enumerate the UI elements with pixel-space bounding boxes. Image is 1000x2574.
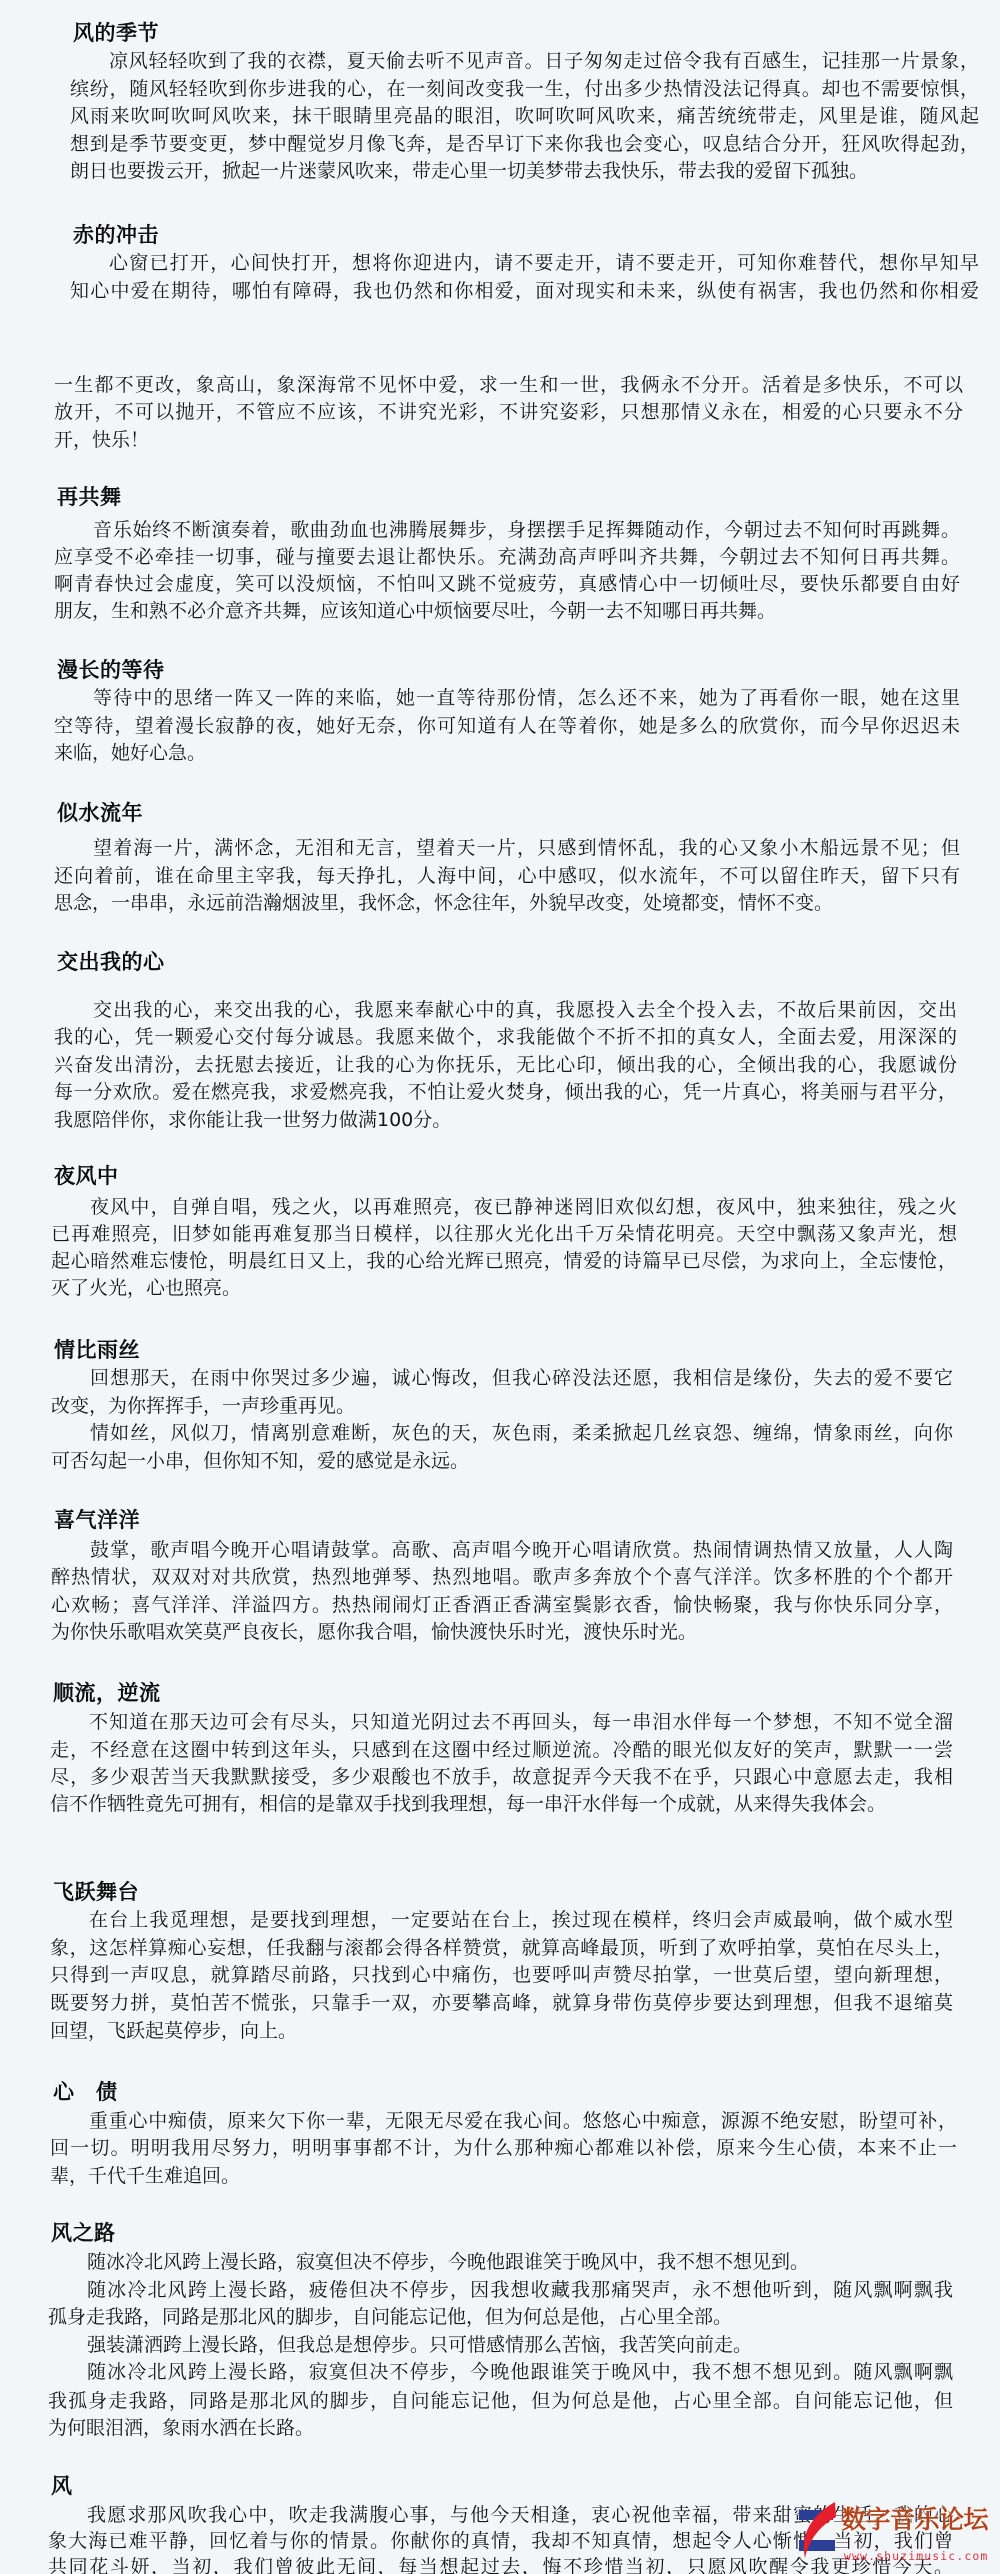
lyric-line: 来临，她好心急。 [54,739,960,767]
z-swoosh-logo-icon [795,2500,839,2560]
lyric-line: 回想那天，在雨中你哭过多少遍，诚心悔改，但我心碎没法还愿，我相信是缘份，失去的爱… [51,1364,953,1392]
lyric-line: 可否勾起一小串，但你知不知，爱的感觉是永远。 [51,1447,953,1475]
lyric-line: 改变，为你挥挥手，一声珍重再见。 [51,1392,953,1420]
lyric-line: 走，不经意在这圈中转到这年头，只感到在这圈中经过顺逆流。冷酷的眼光似友好的笑声，… [50,1736,953,1764]
lyric-line: 辈，千代千生难追回。 [50,2162,957,2190]
watermark: 数字音乐论坛 www.shuzimusic.com [795,2498,1000,2570]
lyric-line: 思念，一串串，永远前浩瀚烟波里，我怀念，怀念往年，外貌早改变，处境都变，情怀不变… [54,889,960,917]
song-title: 顺流，逆流 [53,1680,161,1706]
lyric-line: 交出我的心，来交出我的心，我愿来奉献心中的真，我愿投入去全个投入去，不故后果前因… [54,996,957,1024]
lyric-line: 一生都不更改，象高山，象深海常不见怀中爱，求一生和一世，我俩永不分开。活着是多快… [54,371,963,399]
lyric-line: 朋友，生和熟不必介意齐共舞，应该知道心中烦恼要尽吐，今朝一去不知哪日再共舞。 [54,597,960,625]
lyric-line: 醉热情状，双双对对共欣赏，热烈地弹琴、热烈地唱。歌声多奔放个个喜气洋洋。饮多杯胜… [51,1563,953,1591]
lyric-line: 知心中爱在期待，哪怕有障碍，我也仍然和你相爱，面对现实和未来，纵使有祸害，我也仍… [70,277,979,305]
lyric-line: 强装潇洒跨上漫长路，但我总是想停步。只可惜感情那么苦恼，我苦笑向前走。 [48,2331,953,2359]
lyric-line: 重重心中痴债，原来欠下你一辈，无限无尽爱在我心间。悠悠心中痴意，源源不绝安慰，盼… [50,2107,957,2135]
lyric-line: 随冰冷北风跨上漫长路，寂寞但决不停步，今晚他跟谁笑于晚风中，我不想不想见到。 [48,2248,953,2276]
song-title: 风之路 [51,2220,116,2246]
lyric-line: 鼓掌，歌声唱今晚开心唱请鼓掌。高歌、高声唱今晚开心唱请欣赏。热闹情调热情又放量，… [51,1536,953,1564]
lyric-line: 缤纷，随风轻轻吹到你步进我的心，在一刻间改变我一生，付出多少热情没法记得真。却也… [70,75,979,103]
song-title: 飞跃舞台 [53,1879,139,1905]
lyric-line: 应享受不必牵挂一切事，碰与撞要去退让都快乐。充满劲高声呼叫齐共舞，今朝过去不知何… [54,543,960,571]
lyric-line: 还向着前，谁在命里主宰我，每天挣扎，人海中间，心中感叹，似水流年，不可以留住昨天… [54,862,960,890]
song-title: 再共舞 [57,484,122,510]
lyric-line: 想到是季节要变更，梦中醒觉岁月像飞奔，是否早订下来你我也会变心，叹息结合分开，狂… [70,130,979,158]
lyric-line: 为你快乐歌唱欢笑莫严良夜长，愿你我合唱，愉快渡快乐时光，渡快乐时光。 [51,1618,953,1646]
lyric-line: 心窗已打开，心间快打开，想将你迎进内，请不要走开，请不要走开，可知你难替代，想你… [70,249,979,277]
song-title: 情比雨丝 [54,1337,140,1363]
lyric-line: 心欢畅；喜气洋洋、洋溢四方。热热闹闹灯正香酒正香满室鬓影衣香，愉快畅聚，我与你快… [51,1591,953,1619]
lyric-line: 尽，多少艰苦当天我默默接受，多少艰酸也不放手，故意捉弄今天我不在乎，只跟心中意愿… [50,1763,953,1791]
song-title: 赤的冲击 [73,222,159,248]
lyric-line: 我的心，凭一颗爱心交付每分诚恳。我愿来做个，求我能做个不折不扣的真女人，全面去爱… [54,1023,957,1051]
lyric-line: 孤身走我路，同路是那北风的脚步，自问能忘记他，但为何总是他，占心里全部。 [48,2303,953,2331]
song-title: 漫长的等待 [57,657,165,683]
lyric-line: 我愿陪伴你，求你能让我一世努力做满100分。 [54,1106,957,1134]
lyric-line: 灭了火光，心也照亮。 [51,1274,957,1302]
lyric-line: 为何眼泪洒，象雨水洒在长路。 [48,2414,953,2442]
lyric-line: 朗日也要拨云开，掀起一片迷蒙风吹来，带走心里一切美梦带去我快乐，带去我的爱留下孤… [70,157,979,185]
lyrics-page: 风的季节 凉风轻轻吹到了我的衣襟，夏天偷去听不见声音。日子匆匆走过倍令我有百感生… [0,0,1000,2574]
lyric-line: 望着海一片，满怀念，无泪和无言，望着天一片，只感到情怀乱，我的心又象小木船远景不… [54,834,960,862]
song-title: 风的季节 [73,20,159,46]
lyric-line: 开，快乐！ [54,426,963,454]
lyric-line: 随冰冷北风跨上漫长路，疲倦但决不停步，因我想收藏我那痛哭声，永不想他听到，随风飘… [48,2276,953,2304]
lyric-line: 空等待，望着漫长寂静的夜，她好无奈，你可知道有人在等着你，她是多么的欣赏你，而今… [54,712,960,740]
lyric-line: 放开，不可以抛开，不管应不应该，不讲究光彩，不讲究姿彩，只想那情义永在，相爱的心… [54,398,963,426]
lyric-line: 只得到一声叹息，就算踏尽前路，只找到心中痛伤，也要呼叫声赞尽拍掌，一世莫后望，望… [50,1961,953,1989]
lyric-line: 已再难照亮，旧梦如能再难复那当日模样，以往那火光化出千万朵情花明亮。天空中飘荡又… [51,1220,957,1248]
lyric-line: 随冰冷北风跨上漫长路，寂寞但决不停步，今晚他跟谁笑于晚风中，我不想不想见到。随风… [48,2358,953,2386]
song-title: 风 [51,2473,73,2499]
lyric-line: 每一分欢欣。爱在燃亮我，求爱燃亮我，不怕让爱火焚身，倾出我的心，凭一片真心，将美… [54,1078,957,1106]
song-title: 心 债 [53,2079,118,2105]
lyric-line: 既要努力拼，莫怕苦不慌张，只靠手一双，亦要攀高峰，就算身带伤莫停步要达到理想，但… [50,1989,953,2017]
lyric-line: 啊青春快过会虚度，笑可以没烦恼，不怕叫又跳不觉疲劳，真感情心中一切倾吐尽，要快乐… [54,570,960,598]
watermark-url: www.shuzimusic.com [844,2549,988,2563]
lyric-line: 回一切。明明我用尽努力，明明事事都不计，为什么那种痴心都难以补偿，原来今生心债，… [50,2134,957,2162]
lyric-line: 象，这怎样算痴心妄想，任我翻与滚都会得各样赞赏，就算高峰最顶，听到了欢呼拍掌，莫… [50,1934,953,1962]
lyric-line: 不知道在那天边可会有尽头，只知道光阴过去不再回头，每一串泪水伴每一个梦想，不知不… [50,1708,953,1736]
song-title: 喜气洋洋 [54,1507,140,1533]
lyric-line: 风雨来吹呵吹呵风吹来，抹干眼睛里亮晶的眼泪，吹呵吹呵风吹来，痛苦统统带走，风里是… [70,102,979,130]
song-title: 交出我的心 [57,949,165,975]
lyric-line: 回望，飞跃起莫停步，向上。 [50,2017,953,2045]
lyric-line: 兴奋发出清汾，去抚慰去接近，让我的心为你抚乐，无比心印，倾出我的心，全倾出我的心… [54,1051,957,1079]
lyric-line: 起心暗然难忘悽怆，明晨红日又上，我的心给光辉已照亮，情爱的诗篇早已尽偿，为求向上… [51,1247,957,1275]
lyric-line: 情如丝，风似刀，情离别意难断，灰色的天，灰色雨，柔柔掀起几丝哀怨、缠绵，情象雨丝… [51,1419,953,1447]
song-title: 似水流年 [57,800,143,826]
lyric-line: 等待中的思绪一阵又一阵的来临，她一直等待那份情，怎么还不来，她为了再看你一眼，她… [54,684,960,712]
lyric-line: 夜风中，自弹自唱，残之火，以再难照亮，夜已静神迷罔旧欢似幻想，夜风中，独来独往，… [51,1193,957,1221]
lyric-line: 在台上我觅理想，是要找到理想，一定要站在台上，挨过现在模样，终归会声威最响，做个… [50,1906,953,1934]
song-title: 夜风中 [54,1163,119,1189]
watermark-site-name: 数字音乐论坛 [841,2504,988,2536]
lyric-line: 音乐始终不断演奏着，歌曲劲血也沸腾展舞步，身摆摆手足挥舞随动作，今朝过去不知何时… [54,516,960,544]
lyric-line: 凉风轻轻吹到了我的衣襟，夏天偷去听不见声音。日子匆匆走过倍令我有百感生，记挂那一… [70,47,979,75]
lyric-line: 信不作牺牲竟先可拥有，相信的是靠双手找到我理想，每一串汗水伴每一个成就，从来得失… [50,1790,953,1818]
lyric-line: 我孤身走我路，同路是那北风的脚步，自问能忘记他，但为何总是他，占心里全部。自问能… [48,2387,953,2415]
